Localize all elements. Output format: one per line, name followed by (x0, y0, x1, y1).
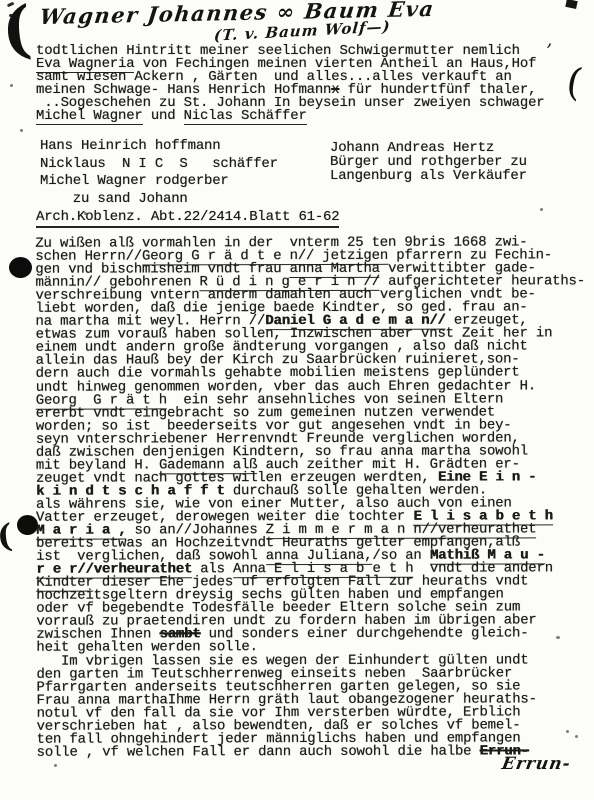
handwritten-paren-left-icon: ( (0, 0, 34, 67)
scan-speck (556, 636, 560, 639)
signature-line: Michel Wagner rodgerber (40, 173, 278, 191)
signature-line: Nicklaus N I C S schäffer (40, 156, 278, 174)
scan-speck (84, 212, 87, 215)
scan-speck (575, 735, 578, 738)
signature-line: zu sand Johann (40, 191, 278, 209)
deed-excerpt-paragraph: todtlichen Hintritt meiner seelichen Sch… (36, 45, 545, 123)
scanned-document-page: ( Wagner Johannes ∞ Baum Eva (T. v. Baum… (0, 0, 594, 800)
signature-line: Langenburg als Verkäufer (330, 169, 527, 183)
witness-signatures-block: Hans Heinrich hoffmannNicklaus N I C S s… (40, 138, 278, 208)
handwritten-paren-left-small-icon: ( (0, 516, 14, 555)
handwritten-catchword: Errun- (500, 754, 572, 774)
handwritten-apostrophe-icon: ’ (546, 40, 552, 62)
archive-reference: Arch.Koblenz. Abt.22/2414.Blatt 61-62 (36, 211, 339, 224)
scan-speck (540, 208, 543, 211)
text-segment: solle , vf welchen Fall er dann auch sow… (37, 743, 480, 760)
archive-reference-text: Arch.Koblenz. Abt.22/2414.Blatt 61-62 (36, 209, 339, 228)
text-segment: und (143, 108, 184, 124)
scan-speck (20, 129, 23, 132)
handwritten-paren-right-icon: ( (563, 59, 585, 105)
ink-bullet-icon (17, 515, 38, 535)
seller-signature-block: Johann Andreas HertzBürger und rothgerbe… (330, 141, 527, 184)
text-segment: Niclas Schäffer (184, 108, 307, 125)
ink-corner-mark-icon (565, 0, 577, 9)
contract-text-paragraph: Zu wißen alß vormahlen in der vnterm 25 … (35, 236, 586, 759)
scan-speck (54, 764, 57, 767)
signature-line: Hans Heinrich hoffmann (40, 138, 278, 156)
ink-bullet-icon (9, 257, 32, 278)
scan-speck (10, 84, 13, 87)
text-segment: Michel Wagner (36, 108, 143, 125)
typed-line: Michel Wagner und Niclas Schäffer (36, 110, 545, 123)
scan-speck (566, 730, 569, 733)
